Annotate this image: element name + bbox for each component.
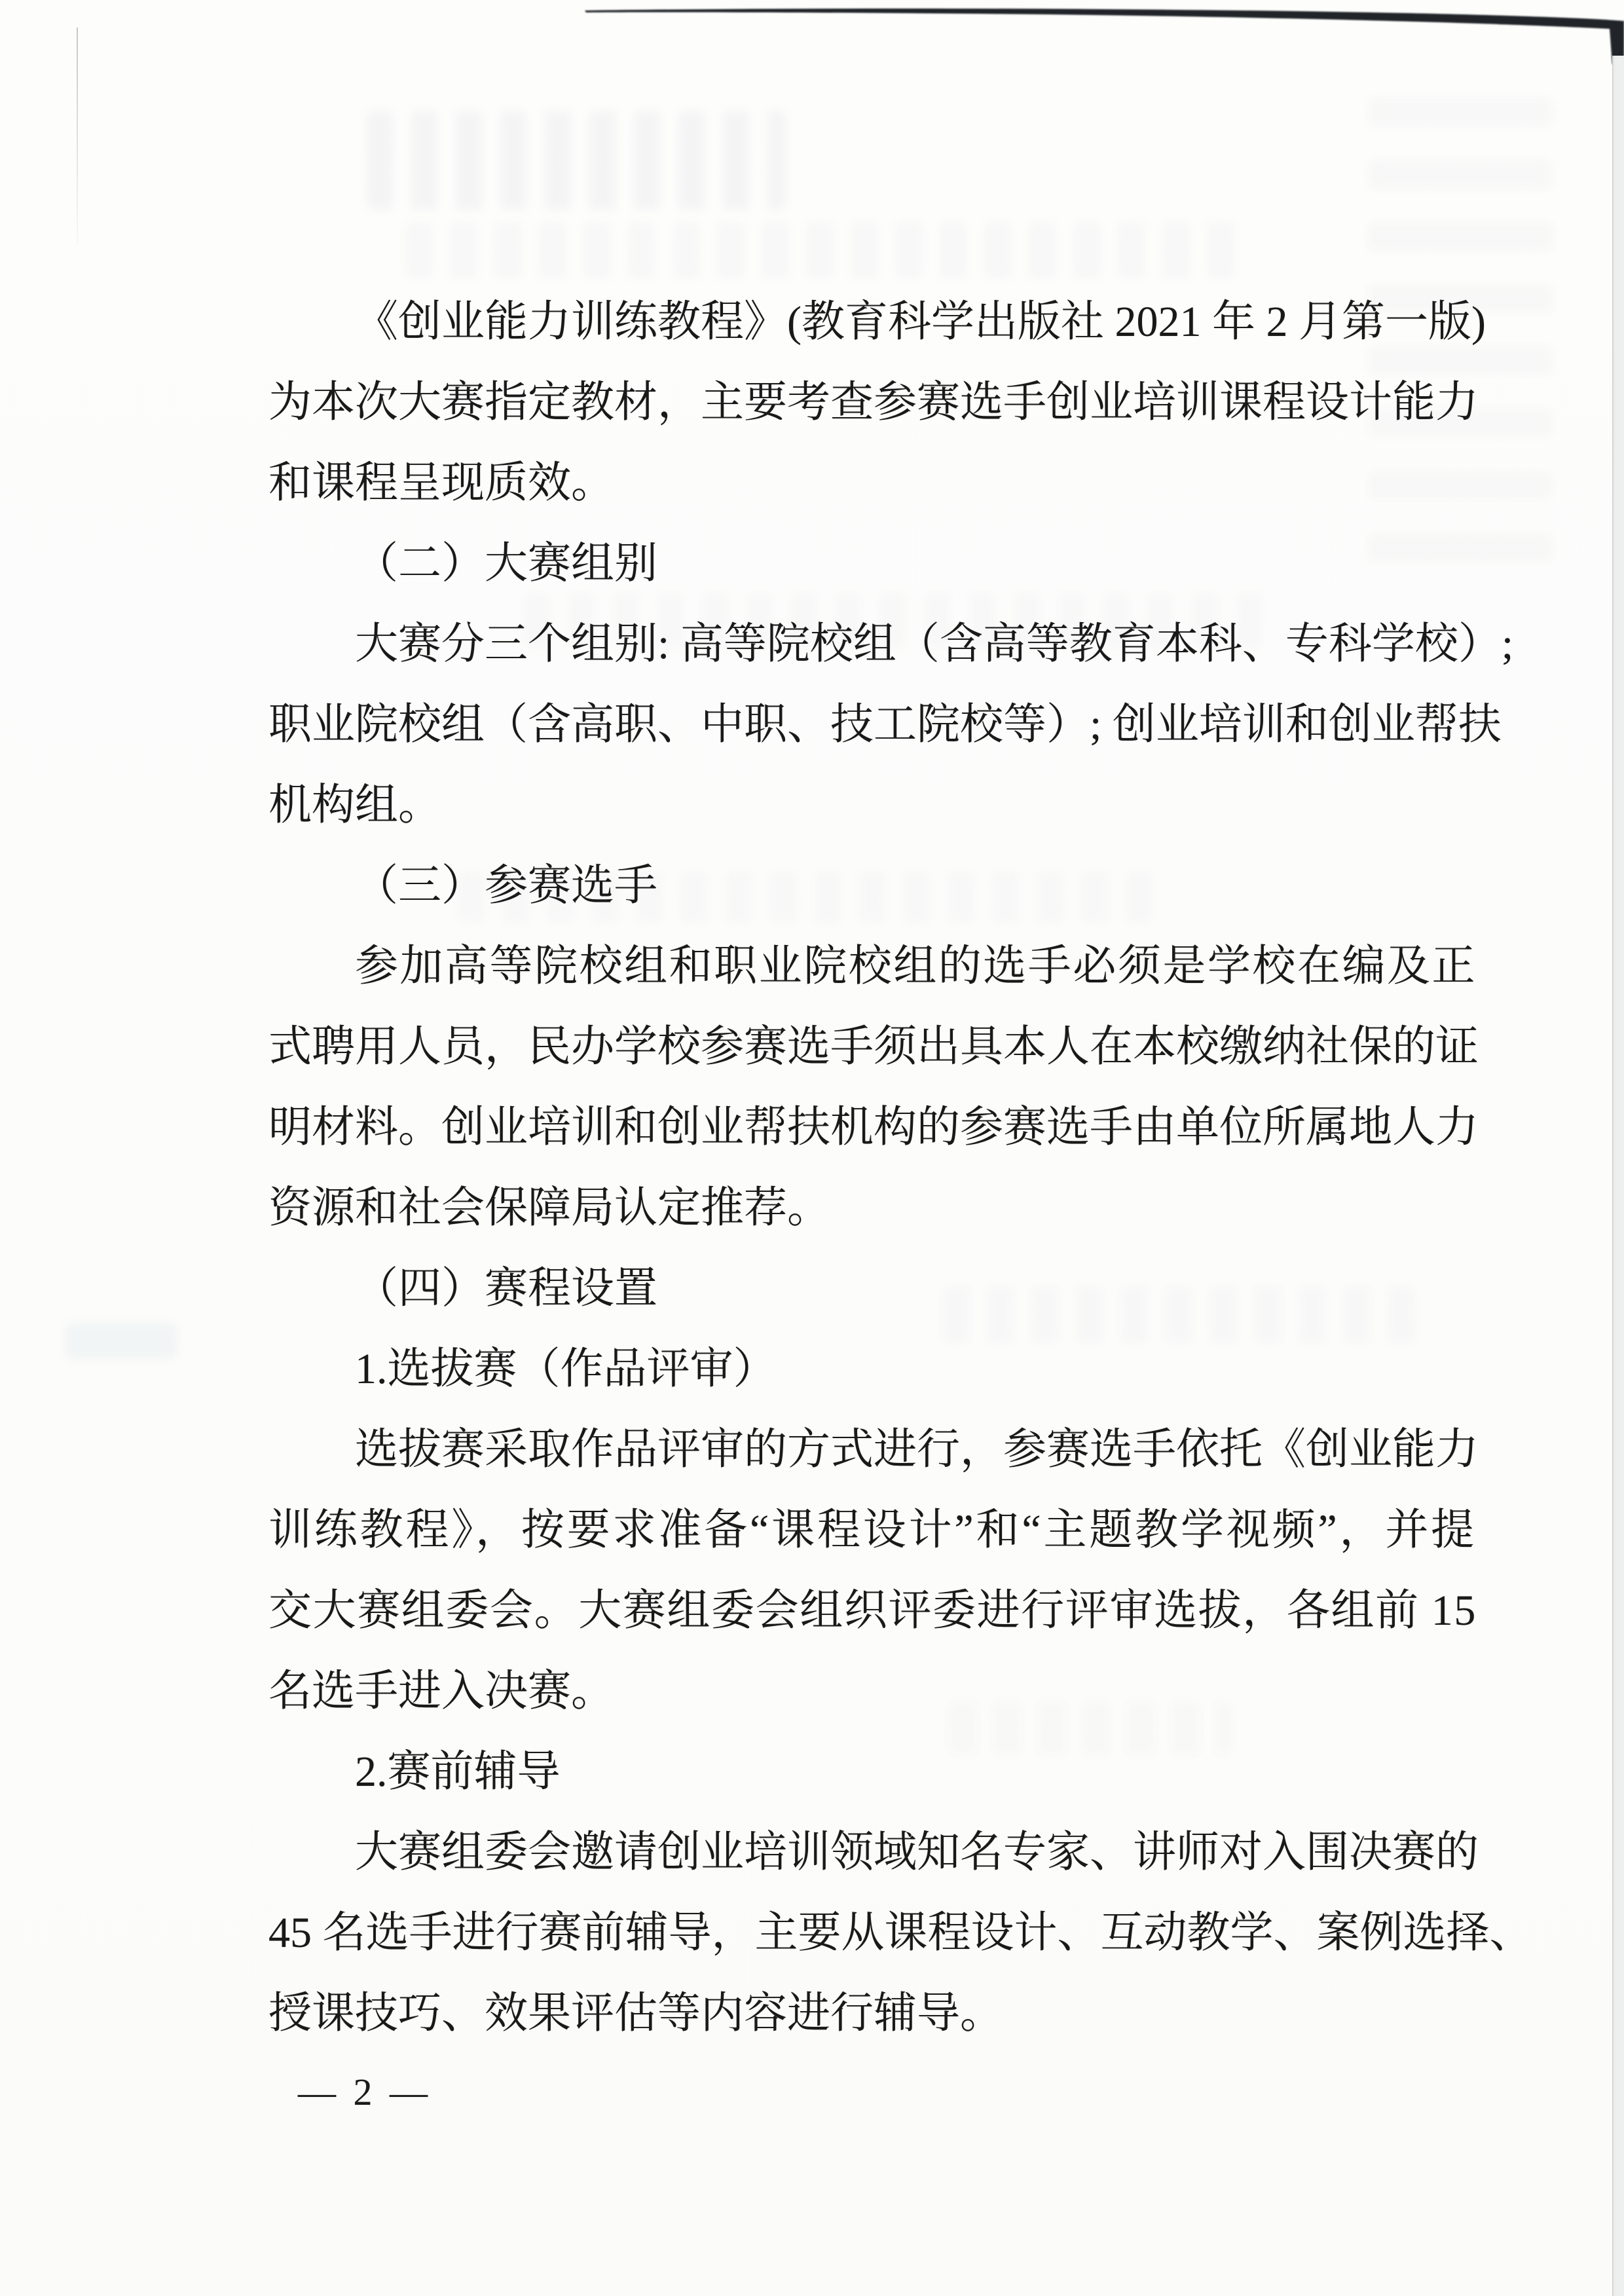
scan-artifact-left-edge bbox=[77, 28, 78, 244]
text-line: 参加高等院校组和职业院校组的选手必须是学校在编及正 bbox=[268, 926, 1477, 1007]
text-line: 1.选拔赛（作品评审） bbox=[268, 1329, 1477, 1409]
page-number: — 2 — bbox=[298, 2069, 432, 2115]
scan-artifact-top-edge bbox=[0, 0, 1624, 79]
text-line: 2.赛前辅导 bbox=[268, 1731, 1477, 1812]
text-line: 大赛分三个组别: 高等院校组（含高等教育本科、专科学校）; bbox=[268, 604, 1477, 684]
text-line: 和课程呈现质效。 bbox=[268, 443, 1477, 523]
text-line: 明材料。创业培训和创业帮扶机构的参赛选手由单位所属地人力 bbox=[268, 1087, 1477, 1168]
bleedthrough-smudge bbox=[65, 1323, 177, 1359]
text-line: 授课技巧、效果评估等内容进行辅导。 bbox=[268, 1973, 1477, 2054]
text-line: 机构组。 bbox=[268, 765, 1477, 845]
document-body: 《创业能力训练教程》(教育科学出版社 2021 年 2 月第一版)为本次大赛指定… bbox=[268, 282, 1477, 2054]
text-line: （二）大赛组别 bbox=[268, 523, 1477, 604]
text-line: （四）赛程设置 bbox=[268, 1248, 1477, 1329]
text-line: 为本次大赛指定教材，主要考查参赛选手创业培训课程设计能力 bbox=[268, 362, 1477, 443]
scan-artifact-right-edge bbox=[1612, 56, 1624, 2296]
text-line: 名选手进入决赛。 bbox=[268, 1651, 1477, 1731]
text-line: 资源和社会保障局认定推荐。 bbox=[268, 1168, 1477, 1248]
document-page: 《创业能力训练教程》(教育科学出版社 2021 年 2 月第一版)为本次大赛指定… bbox=[0, 0, 1624, 2296]
text-line: 职业院校组（含高职、中职、技工院校等）; 创业培训和创业帮扶 bbox=[268, 684, 1477, 765]
text-line: 选拔赛采取作品评审的方式进行，参赛选手依托《创业能力 bbox=[268, 1409, 1477, 1490]
bleedthrough-smudge bbox=[367, 111, 786, 210]
text-line: 训练教程》，按要求准备“课程设计”和“主题教学视频”，并提 bbox=[268, 1490, 1477, 1570]
text-line: 45 名选手进行赛前辅导，主要从课程设计、互动教学、案例选择、 bbox=[268, 1893, 1477, 1973]
bleedthrough-smudge bbox=[406, 223, 1244, 278]
text-line: 交大赛组委会。大赛组委会组织评委进行评审选拔，各组前 15 bbox=[268, 1570, 1477, 1651]
text-line: 《创业能力训练教程》(教育科学出版社 2021 年 2 月第一版) bbox=[268, 282, 1477, 362]
text-line: 大赛组委会邀请创业培训领域知名专家、讲师对入围决赛的 bbox=[268, 1812, 1477, 1893]
text-line: （三）参赛选手 bbox=[268, 845, 1477, 926]
text-line: 式聘用人员，民办学校参赛选手须出具本人在本校缴纳社保的证 bbox=[268, 1007, 1477, 1087]
